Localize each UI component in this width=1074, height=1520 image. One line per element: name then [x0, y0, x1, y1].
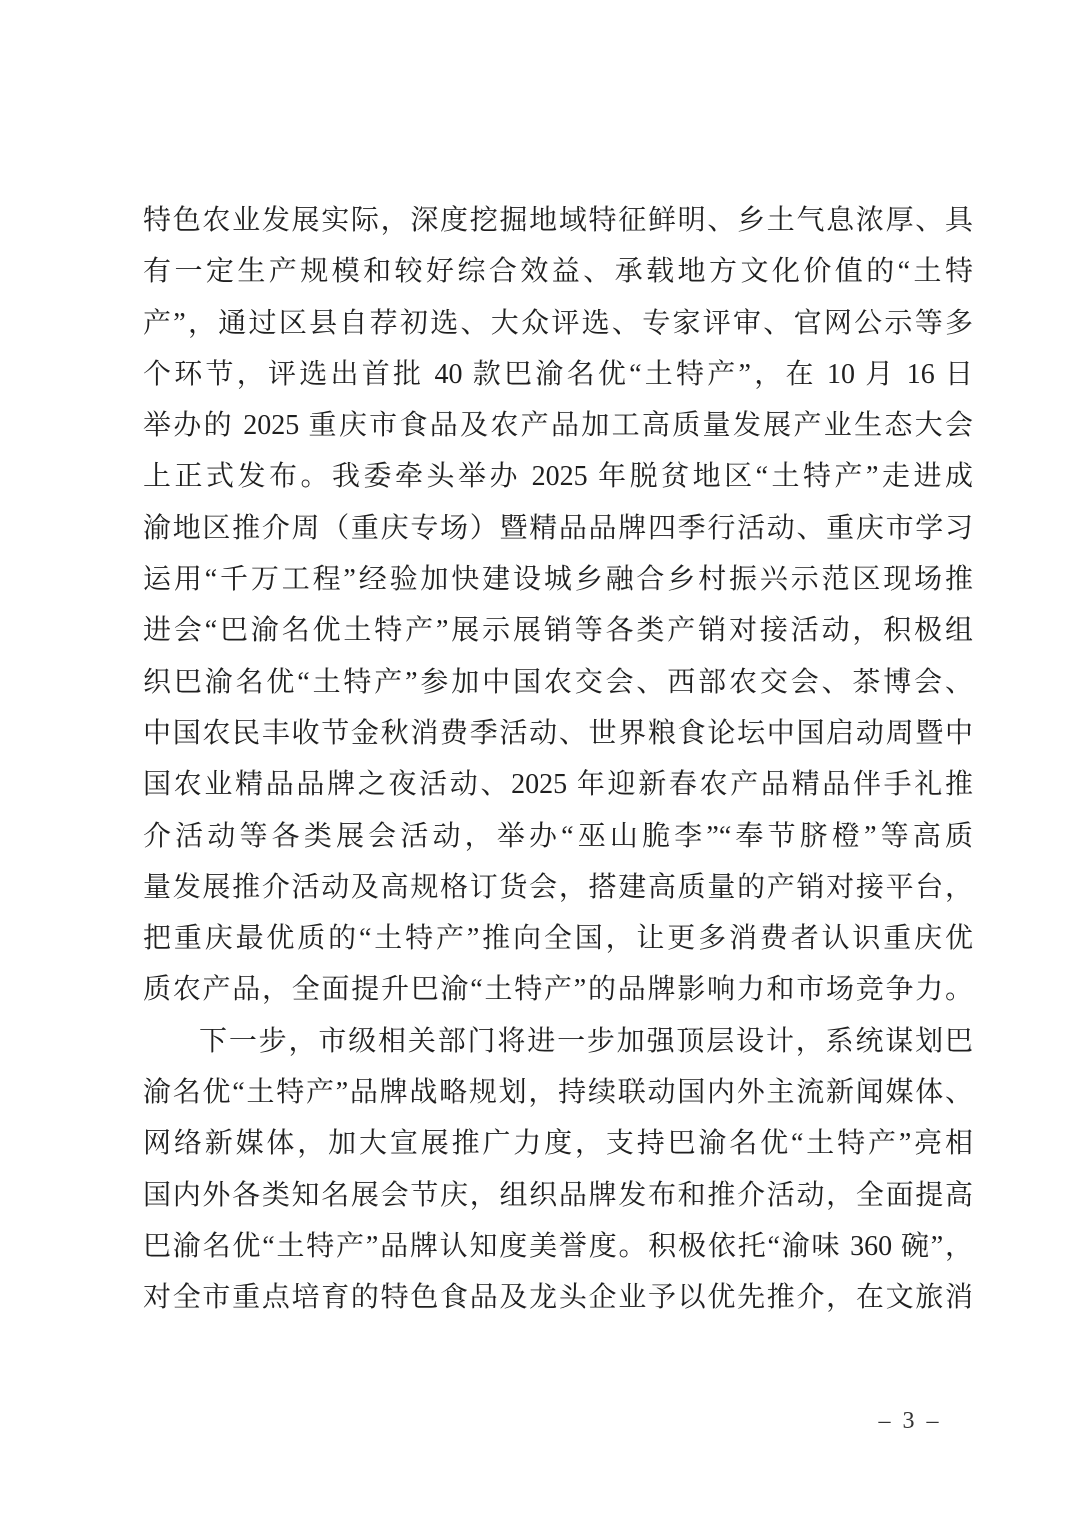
- text-line: 特色农业发展实际，深度挖掘地域特征鲜明、乡土气息浓厚、具: [143, 195, 973, 246]
- text-line: 下一步，市级相关部门将进一步加强顶层设计，系统谋划巴: [143, 1016, 973, 1067]
- text-line: 上正式发布。我委牵头举办 2025 年脱贫地区“土特产”走进成: [143, 451, 973, 502]
- text-line: 国农业精品品牌之夜活动、2025 年迎新春农产品精品伴手礼推: [143, 759, 973, 810]
- text-line: 网络新媒体，加大宣展推广力度，支持巴渝名优“土特产”亮相: [143, 1118, 973, 1169]
- text-line: 渝名优“土特产”品牌战略规划，持续联动国内外主流新闻媒体、: [143, 1067, 973, 1118]
- text-line: 进会“巴渝名优土特产”展示展销等各类产销对接活动，积极组: [143, 605, 973, 656]
- text-line: 织巴渝名优“土特产”参加中国农交会、西部农交会、茶博会、: [143, 657, 973, 708]
- text-line: 巴渝名优“土特产”品牌认知度美誉度。积极依托“渝味 360 碗”，: [143, 1221, 973, 1272]
- text-line: 介活动等各类展会活动，举办“巫山脆李”“奉节脐橙”等高质: [143, 811, 973, 862]
- text-line: 对全市重点培育的特色食品及龙头企业予以优先推介，在文旅消: [143, 1272, 973, 1323]
- text-line: 把重庆最优质的“土特产”推向全国，让更多消费者认识重庆优: [143, 913, 973, 964]
- document-body: 特色农业发展实际，深度挖掘地域特征鲜明、乡土气息浓厚、具有一定生产规模和较好综合…: [143, 195, 973, 1324]
- document-page: 特色农业发展实际，深度挖掘地域特征鲜明、乡土气息浓厚、具有一定生产规模和较好综合…: [0, 0, 1074, 1520]
- text-line: 质农产品，全面提升巴渝“土特产”的品牌影响力和市场竞争力。: [143, 964, 973, 1015]
- page-number: – 3 –: [850, 1408, 970, 1435]
- text-line: 渝地区推介周（重庆专场）暨精品品牌四季行活动、重庆市学习: [143, 503, 973, 554]
- text-line: 量发展推介活动及高规格订货会，搭建高质量的产销对接平台，: [143, 862, 973, 913]
- text-line: 个环节，评选出首批 40 款巴渝名优“土特产”，在 10 月 16 日: [143, 349, 973, 400]
- text-line: 有一定生产规模和较好综合效益、承载地方文化价值的“土特: [143, 246, 973, 297]
- text-line: 产”，通过区县自荐初选、大众评选、专家评审、官网公示等多: [143, 298, 973, 349]
- text-line: 中国农民丰收节金秋消费季活动、世界粮食论坛中国启动周暨中: [143, 708, 973, 759]
- text-line: 国内外各类知名展会节庆，组织品牌发布和推介活动，全面提高: [143, 1170, 973, 1221]
- text-line: 举办的 2025 重庆市食品及农产品加工高质量发展产业生态大会: [143, 400, 973, 451]
- text-line: 运用“千万工程”经验加快建设城乡融合乡村振兴示范区现场推: [143, 554, 973, 605]
